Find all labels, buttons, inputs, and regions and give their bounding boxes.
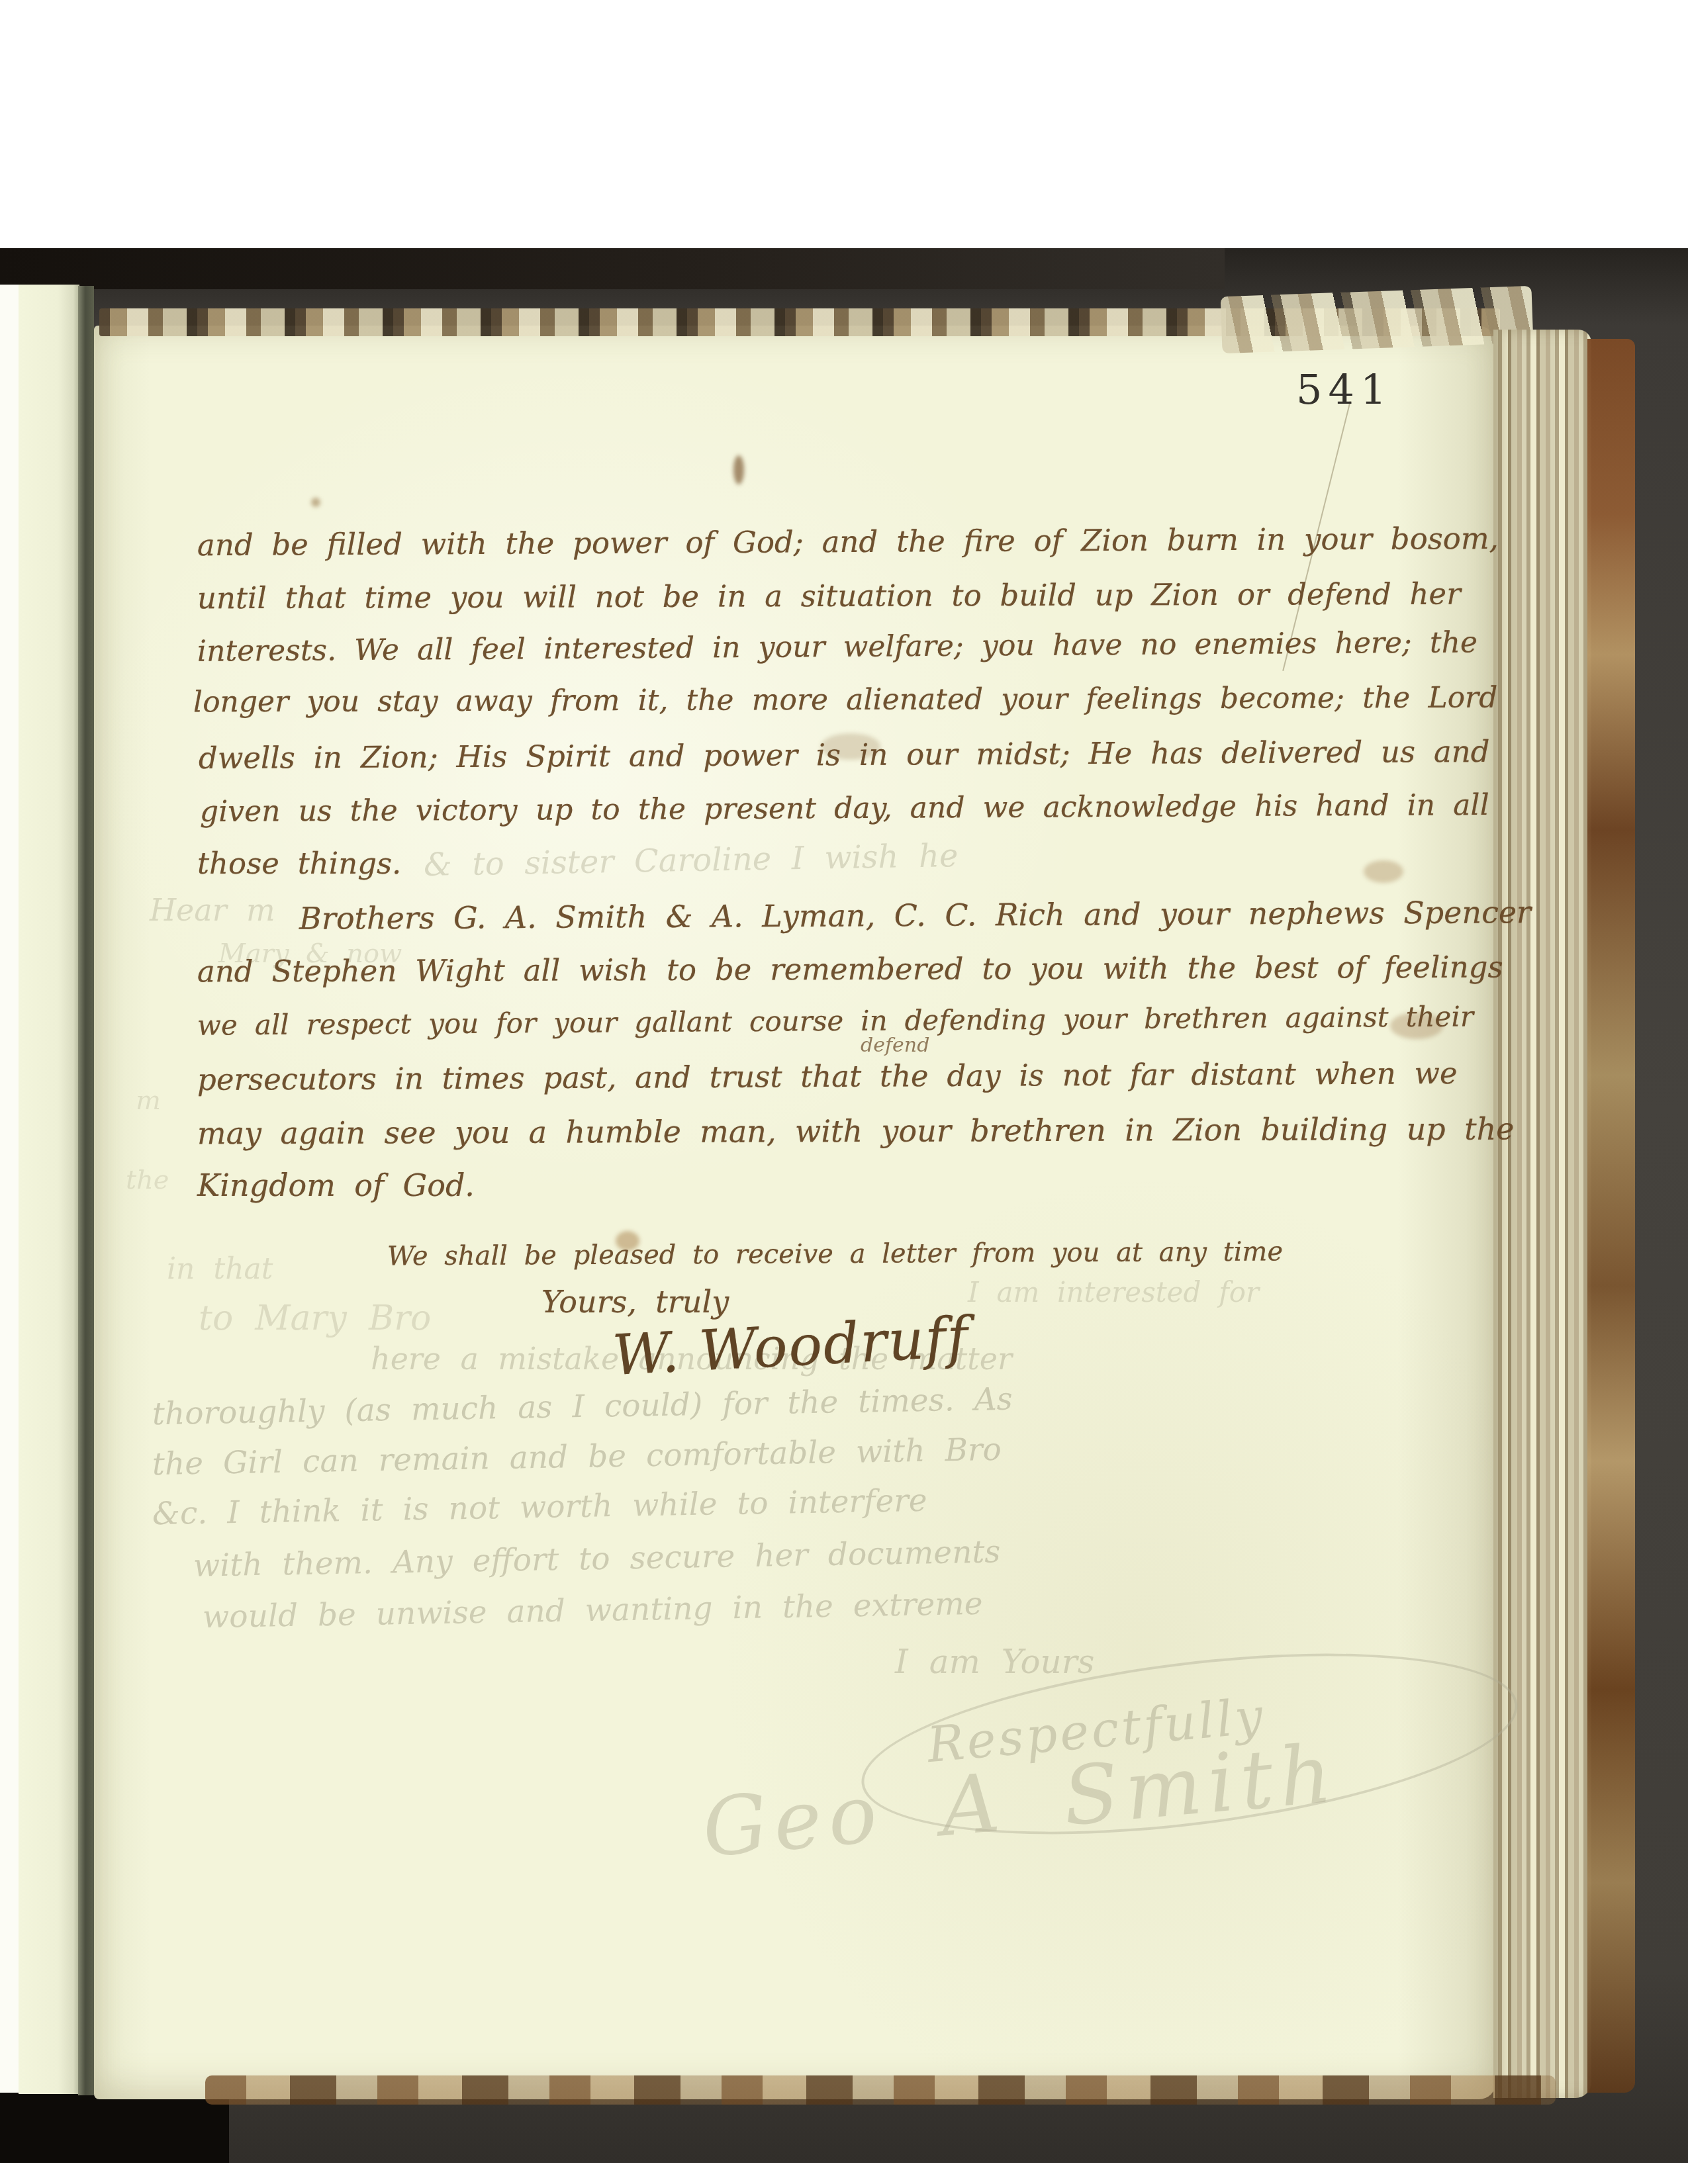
page-top-right-torn-corner (1221, 286, 1534, 353)
leather-spine-edge (1587, 339, 1635, 2093)
bleedthrough-fragment: to Mary Bro (199, 1298, 431, 1338)
bleedthrough-fragment: Hear m (150, 892, 275, 928)
facing-page-edge (19, 285, 79, 2094)
scan-backdrop-top-shadow (0, 248, 1225, 289)
manuscript-line: and be filled with the power of God; and… (197, 521, 1499, 563)
page-bottom-ragged-edge (205, 2075, 1556, 2105)
bleedthrough-fragment: m (136, 1085, 161, 1116)
bleedthrough-fragment: the (126, 1165, 169, 1195)
manuscript-line: dwells in Zion; His Spirit and power is … (199, 734, 1490, 776)
bleedthrough-fragment: I am interested for (968, 1276, 1259, 1308)
scanned-manuscript-page: 541 & to sister Caroline I wish he Hear … (0, 0, 1688, 2184)
manuscript-valediction: Yours, truly (541, 1284, 729, 1320)
ink-blot (733, 455, 744, 484)
interlinear-correction: defend (861, 1034, 929, 1057)
ink-speck (311, 498, 320, 507)
bleedthrough-fragment: in that (167, 1252, 273, 1286)
scan-left-margin (0, 285, 20, 2093)
page-stack-edges (1493, 330, 1591, 2098)
manuscript-line: given us the victory up to the present d… (200, 788, 1489, 829)
bleedthrough-valediction: I am Yours (895, 1643, 1094, 1681)
book-gutter-shadow (78, 286, 94, 2095)
manuscript-line: those things. (197, 846, 401, 881)
manuscript-line: Kingdom of God. (197, 1167, 475, 1203)
manuscript-line: and Stephen Wight all wish to be remembe… (197, 950, 1503, 989)
page-number: 541 (1296, 365, 1392, 414)
manuscript-postscript-line: We shall be pleased to receive a letter … (387, 1236, 1283, 1271)
manuscript-line: until that time you will not be in a sit… (197, 576, 1461, 616)
manuscript-line: persecutors in times past, and trust tha… (197, 1056, 1458, 1097)
manuscript-line: longer you stay away from it, the more a… (193, 681, 1497, 719)
paper-stain (1364, 860, 1403, 883)
manuscript-line: may again see you a humble man, with you… (197, 1111, 1515, 1152)
manuscript-line: Brothers G. A. Smith & A. Lyman, C. C. R… (299, 894, 1531, 936)
